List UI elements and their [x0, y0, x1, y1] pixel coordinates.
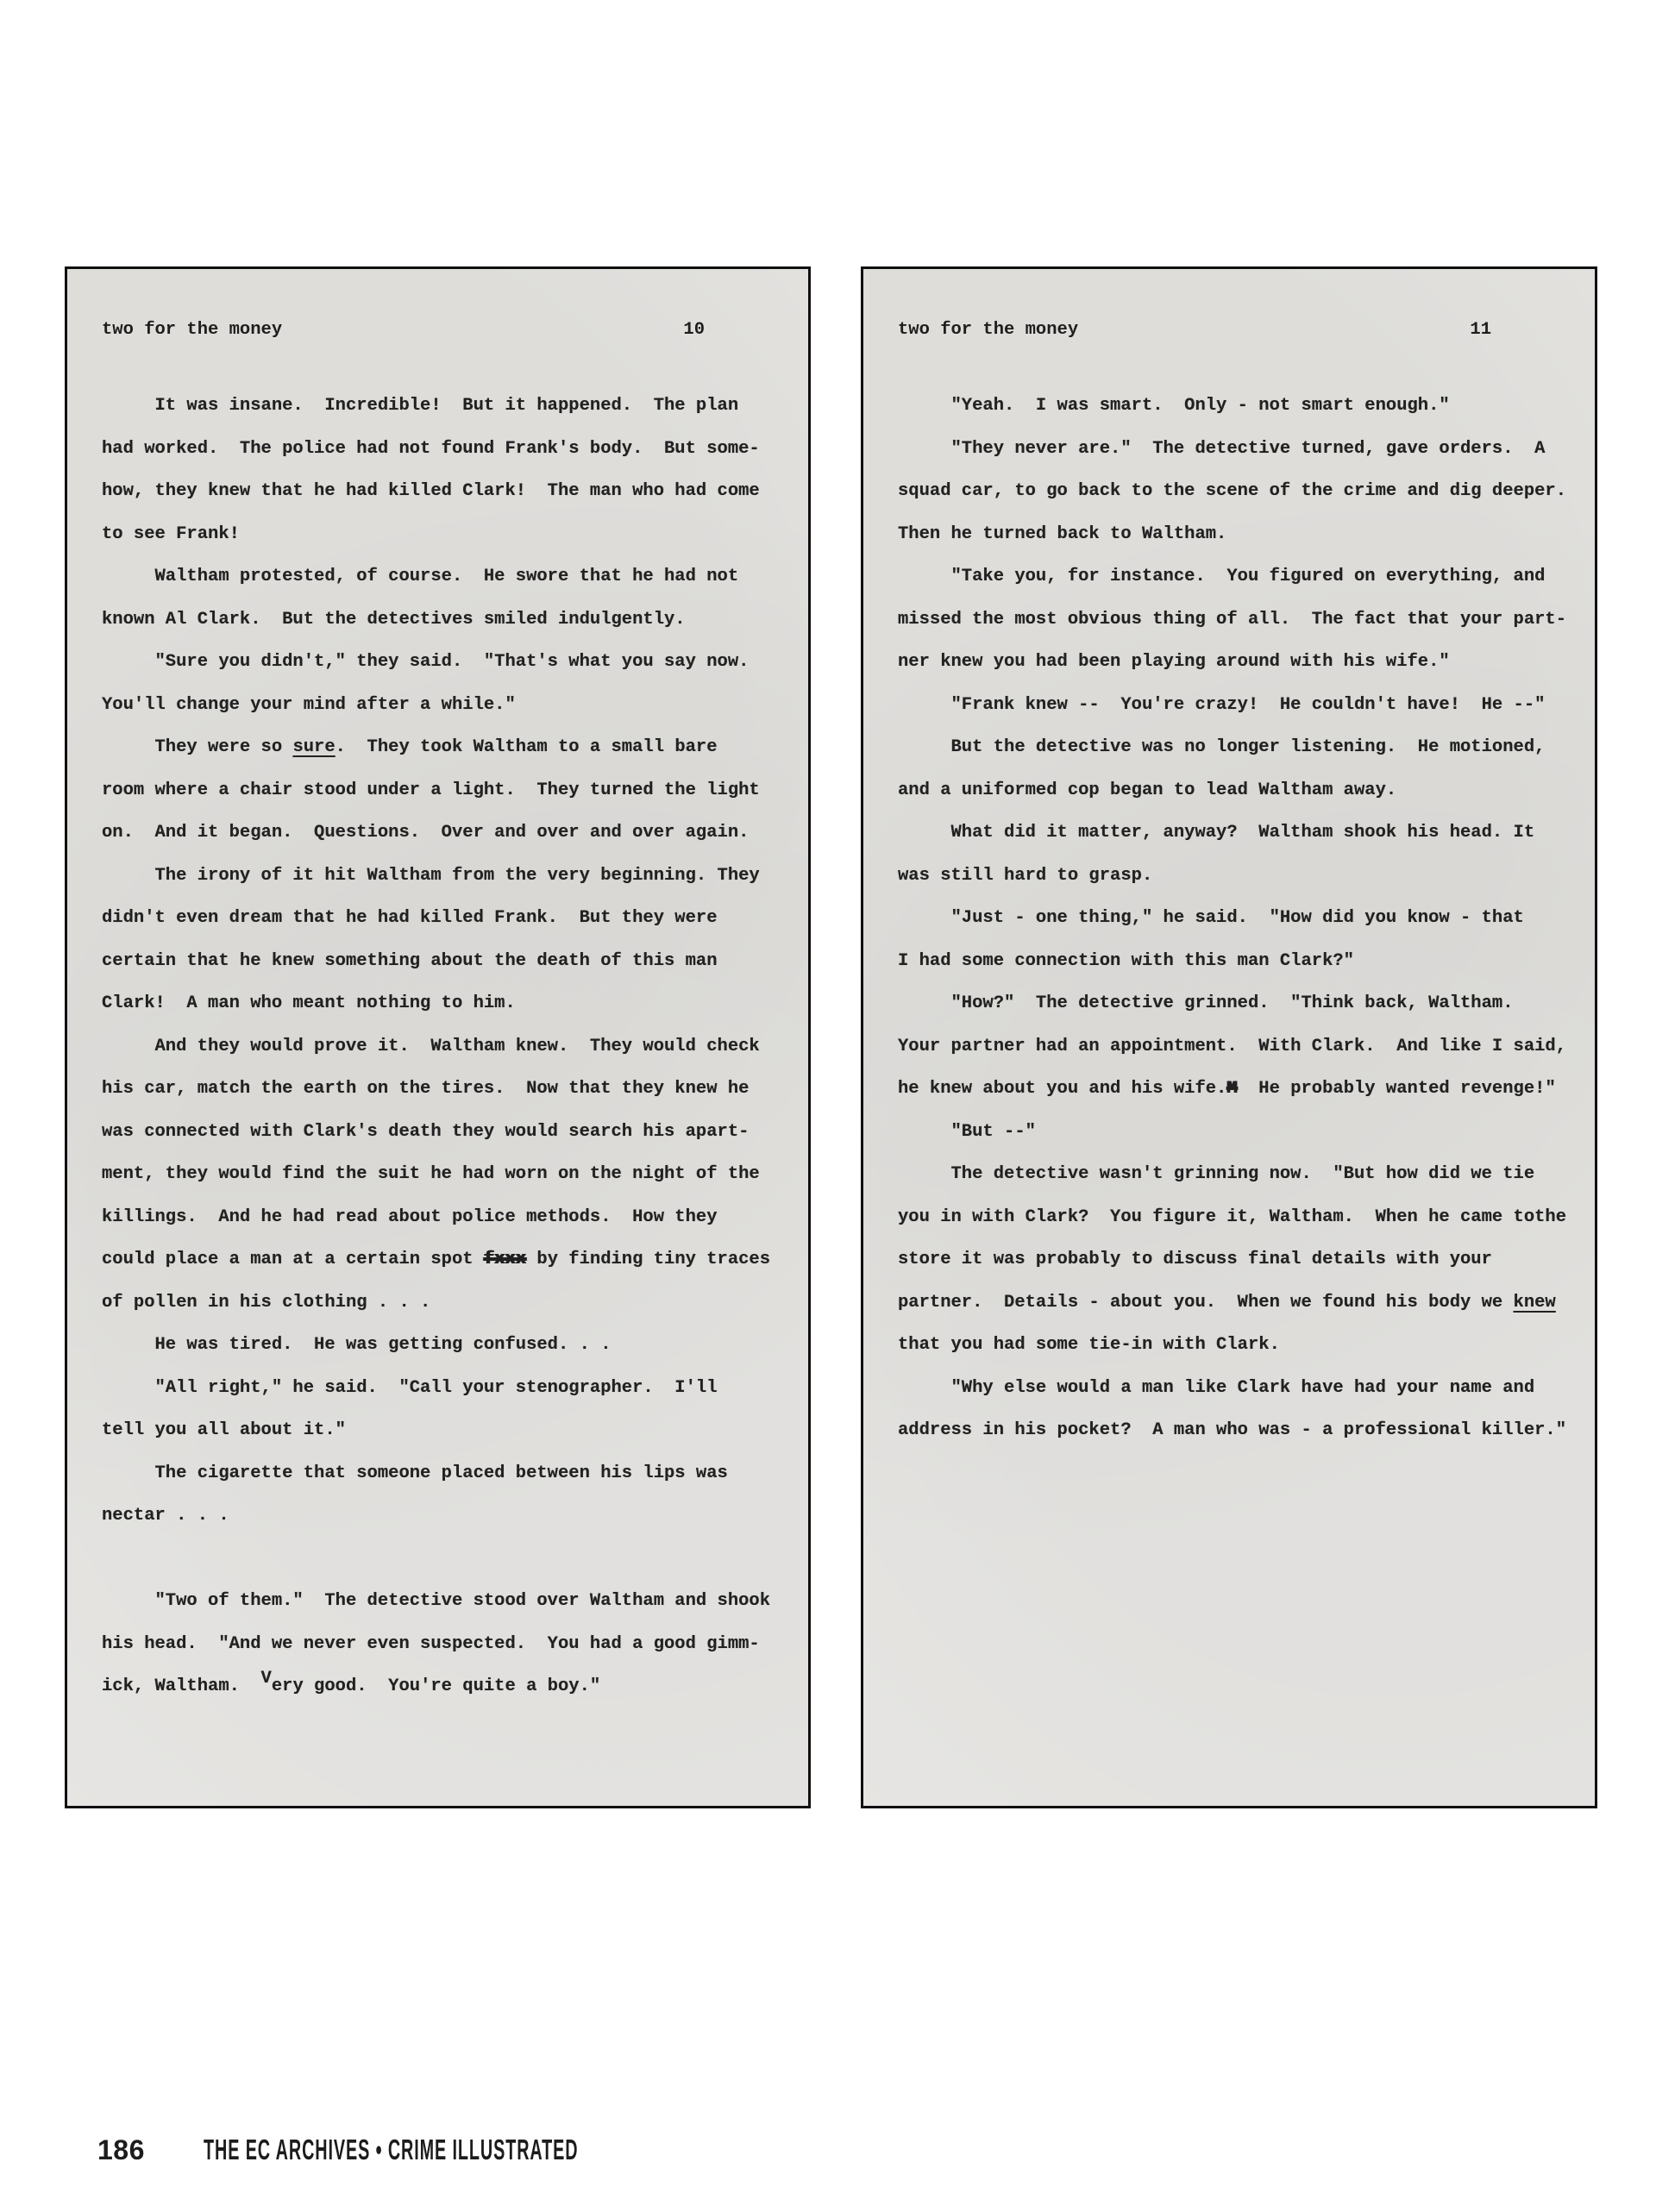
typescript-line: ick, Waltham. Very good. You're quite a …: [102, 1665, 782, 1708]
typescript-line: "Frank knew -- You're crazy! He couldn't…: [898, 684, 1569, 727]
typescript-body: It was insane. Incredible! But it happen…: [102, 385, 782, 1708]
typescript-line: was connected with Clark's death they wo…: [102, 1111, 782, 1154]
typescript-line: room where a chair stood under a light. …: [102, 769, 782, 812]
book-running-title: THE EC ARCHIVES • CRIME ILLUSTRATED: [204, 2134, 578, 2166]
sheet-content: two for the money 11 "Yeah. I was smart.…: [863, 269, 1595, 1452]
typescript-line: The irony of it hit Waltham from the ver…: [102, 855, 782, 898]
typescript-line: "They never are." The detective turned, …: [898, 428, 1569, 471]
typescript-line: "How?" The detective grinned. "Think bac…: [898, 982, 1569, 1025]
typescript-line: tell you all about it.": [102, 1409, 782, 1452]
typescript-line: Your partner had an appointment. With Cl…: [898, 1025, 1569, 1068]
typescript-line: partner. Details - about you. When we fo…: [898, 1281, 1569, 1325]
typescript-line: "But --": [898, 1111, 1569, 1154]
manuscript-title: two for the money: [102, 318, 282, 342]
typescript-body: "Yeah. I was smart. Only - not smart eno…: [898, 385, 1569, 1452]
typescript-line: And they would prove it. Waltham knew. T…: [102, 1025, 782, 1068]
typescript-line: known Al Clark. But the detectives smile…: [102, 598, 782, 642]
typescript-line: The cigarette that someone placed betwee…: [102, 1452, 782, 1495]
typescript-line: squad car, to go back to the scene of th…: [898, 470, 1569, 513]
book-page-number: 186: [97, 2134, 145, 2166]
book-footer: 186 THE EC ARCHIVES • CRIME ILLUSTRATED: [97, 2134, 828, 2166]
typescript-line: missed the most obvious thing of all. Th…: [898, 598, 1569, 642]
manuscript-page-11: two for the money 11 "Yeah. I was smart.…: [861, 266, 1597, 1808]
typescript-line: "Yeah. I was smart. Only - not smart eno…: [898, 385, 1569, 428]
typescript-line: of pollen in his clothing . . .: [102, 1281, 782, 1325]
typescript-line: ner knew you had been playing around wit…: [898, 641, 1569, 684]
manuscript-title: two for the money: [898, 318, 1078, 342]
typescript-line: Then he turned back to Waltham.: [898, 513, 1569, 556]
typescript-line: killings. And he had read about police m…: [102, 1196, 782, 1239]
typescript-line: "Why else would a man like Clark have ha…: [898, 1367, 1569, 1410]
typescript-line: The detective wasn't grinning now. "But …: [898, 1153, 1569, 1196]
typescript-line: had worked. The police had not found Fra…: [102, 428, 782, 471]
typescript-line: You'll change your mind after a while.": [102, 684, 782, 727]
typescript-line: I had some connection with this man Clar…: [898, 940, 1569, 983]
sheet-content: two for the money 10 It was insane. Incr…: [67, 269, 808, 1708]
typescript-line: that you had some tie-in with Clark.: [898, 1324, 1569, 1367]
typescript-line: But the detective was no longer listenin…: [898, 726, 1569, 769]
page-header: two for the money 10: [102, 318, 782, 342]
typescript-line: Waltham protested, of course. He swore t…: [102, 555, 782, 598]
line-gap: [102, 1538, 782, 1581]
manuscript-page-number: 10: [683, 318, 782, 342]
typescript-line: to see Frank!: [102, 513, 782, 556]
typescript-line: He was tired. He was getting confused. .…: [102, 1324, 782, 1367]
manuscript-page-10: two for the money 10 It was insane. Incr…: [65, 266, 811, 1808]
book-page-scan: { "pages": [ { "header": { "title": "two…: [0, 0, 1656, 2212]
typescript-line: nectar . . .: [102, 1495, 782, 1538]
typescript-line: Clark! A man who meant nothing to him.: [102, 982, 782, 1025]
typescript-line: was still hard to grasp.: [898, 855, 1569, 898]
typescript-line: store it was probably to discuss final d…: [898, 1238, 1569, 1281]
typescript-line: address in his pocket? A man who was - a…: [898, 1409, 1569, 1452]
typescript-line: ment, they would find the suit he had wo…: [102, 1153, 782, 1196]
typescript-line: you in with Clark? You figure it, Waltha…: [898, 1196, 1569, 1239]
typescript-line: "Take you, for instance. You figured on …: [898, 555, 1569, 598]
typescript-line: certain that he knew something about the…: [102, 940, 782, 983]
typescript-line: They were so sure. They took Waltham to …: [102, 726, 782, 769]
typescript-line: "Sure you didn't," they said. "That's wh…: [102, 641, 782, 684]
typescript-line: could place a man at a certain spot fxxx…: [102, 1238, 782, 1281]
typescript-line: didn't even dream that he had killed Fra…: [102, 897, 782, 940]
typescript-line: he knew about you and his wife.M He prob…: [898, 1068, 1569, 1111]
typescript-line: and a uniformed cop began to lead Waltha…: [898, 769, 1569, 812]
typescript-line: on. And it began. Questions. Over and ov…: [102, 811, 782, 855]
typescript-line: his head. "And we never even suspected. …: [102, 1623, 782, 1666]
typescript-line: "Two of them." The detective stood over …: [102, 1580, 782, 1623]
typescript-line: "Just - one thing," he said. "How did yo…: [898, 897, 1569, 940]
typescript-line: What did it matter, anyway? Waltham shoo…: [898, 811, 1569, 855]
typescript-line: "All right," he said. "Call your stenogr…: [102, 1367, 782, 1410]
typescript-line: his car, match the earth on the tires. N…: [102, 1068, 782, 1111]
manuscript-page-number: 11: [1470, 318, 1569, 342]
page-header: two for the money 11: [898, 318, 1569, 342]
typescript-line: It was insane. Incredible! But it happen…: [102, 385, 782, 428]
typescript-line: how, they knew that he had killed Clark!…: [102, 470, 782, 513]
